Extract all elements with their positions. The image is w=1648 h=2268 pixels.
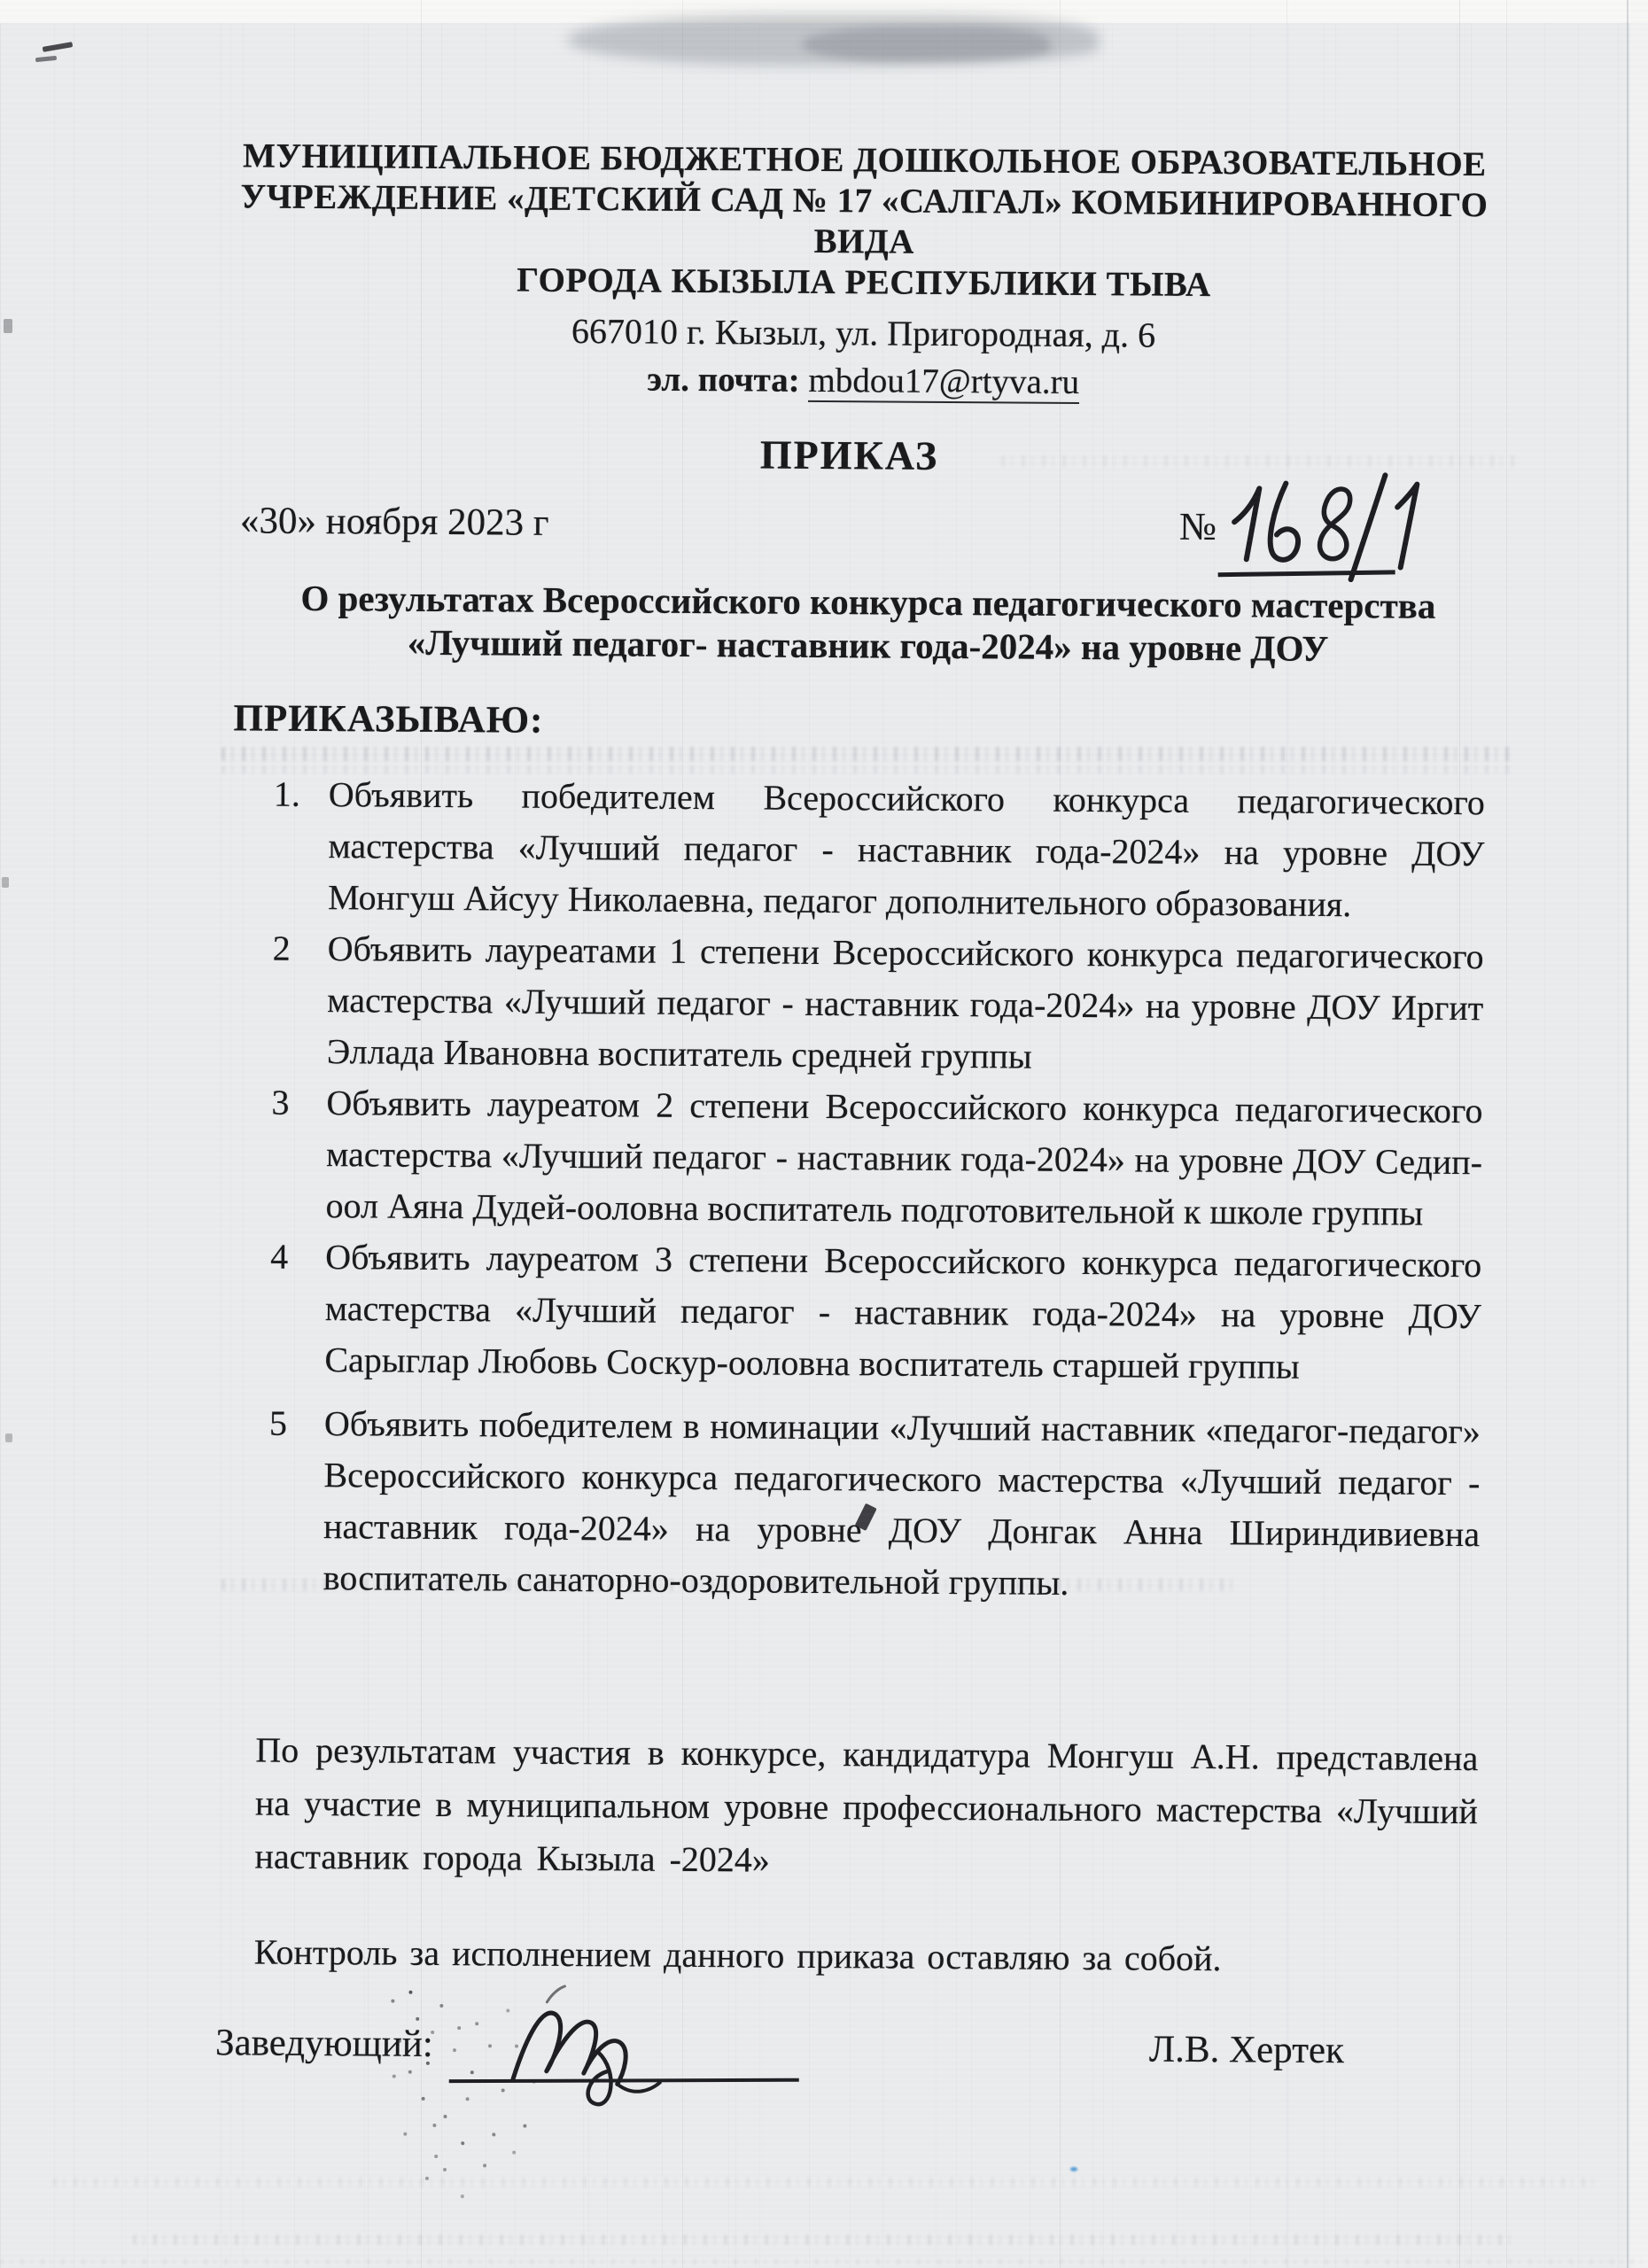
order-list: 1. Объявить победителем Всероссийского к…: [268, 769, 1485, 1612]
control-paragraph: Контроль за исполнением данного приказа …: [254, 1926, 1477, 1988]
org-name-line-3: ГОРОДА КЫЗЫЛА РЕСПУБЛИКИ ТЫВА: [226, 258, 1502, 307]
item-text: Объявить лауреатом 3 степени Всероссийск…: [324, 1237, 1481, 1386]
order-item-2: 2 Объявить лауреатами 1 степени Всеросси…: [272, 923, 1484, 1086]
org-email-line: эл. почта: mbdou17@rtyva.ru: [225, 355, 1501, 407]
order-verb: ПРИКАЗЫВАЮ:: [233, 696, 543, 742]
signatory-role: Заведующий:: [215, 2021, 433, 2066]
order-item-3: 3 Объявить лауреатом 2 степени Всероссий…: [270, 1077, 1482, 1240]
item-number: 4: [270, 1231, 288, 1283]
closing-paragraph: По результатам участия в конкурсе, канди…: [254, 1724, 1478, 1892]
org-name-line-2: УЧРЕЖДЕНИЕ «ДЕТСКИЙ САД № 17 «САЛГАЛ» КО…: [226, 176, 1503, 267]
handwritten-number: [1227, 470, 1432, 587]
document-content: МУНИЦИПАЛЬНОЕ БЮДЖЕТНОЕ ДОШКОЛЬНОЕ ОБРАЗ…: [0, 0, 1648, 2268]
email-label: эл. почта:: [647, 361, 800, 400]
signatory-name: Л.В. Хертек: [1149, 2028, 1344, 2073]
order-item-5: 5 Объявить победителем в номинации «Лучш…: [268, 1398, 1481, 1612]
org-address: 667010 г. Кызыл, ул. Пригородная, д. 6: [225, 307, 1501, 359]
email-address: mbdou17@rtyva.ru: [808, 361, 1079, 404]
order-item-4: 4 Объявить лауреатом 3 степени Всероссий…: [269, 1231, 1481, 1394]
item-number: 5: [269, 1398, 287, 1449]
doc-date: «30» ноября 2023 г: [240, 499, 549, 544]
order-item-1: 1. Объявить победителем Всероссийского к…: [273, 769, 1485, 932]
signature-handwriting: [493, 1966, 733, 2127]
doc-number-label: №: [1179, 504, 1217, 549]
scanned-order-page: МУНИЦИПАЛЬНОЕ БЮДЖЕТНОЕ ДОШКОЛЬНОЕ ОБРАЗ…: [0, 0, 1648, 2268]
item-number: 1.: [274, 769, 300, 820]
letterhead: МУНИЦИПАЛЬНОЕ БЮДЖЕТНОЕ ДОШКОЛЬНОЕ ОБРАЗ…: [225, 136, 1503, 407]
doc-subject: О результатах Всероссийского конкурса пе…: [250, 576, 1487, 672]
item-number: 2: [272, 923, 290, 975]
subject-line-2: «Лучший педагог- наставник года-2024» на…: [250, 619, 1486, 672]
item-number: 3: [271, 1077, 289, 1129]
item-text: Объявить победителем Всероссийского конк…: [328, 774, 1485, 924]
item-text: Объявить лауреатами 1 степени Всероссийс…: [327, 928, 1484, 1076]
item-text: Объявить лауреатом 2 степени Всероссийск…: [325, 1083, 1482, 1233]
ink-speckles: [408, 1991, 412, 1994]
item-text: Объявить победителем в номинации «Лучший…: [323, 1403, 1481, 1603]
